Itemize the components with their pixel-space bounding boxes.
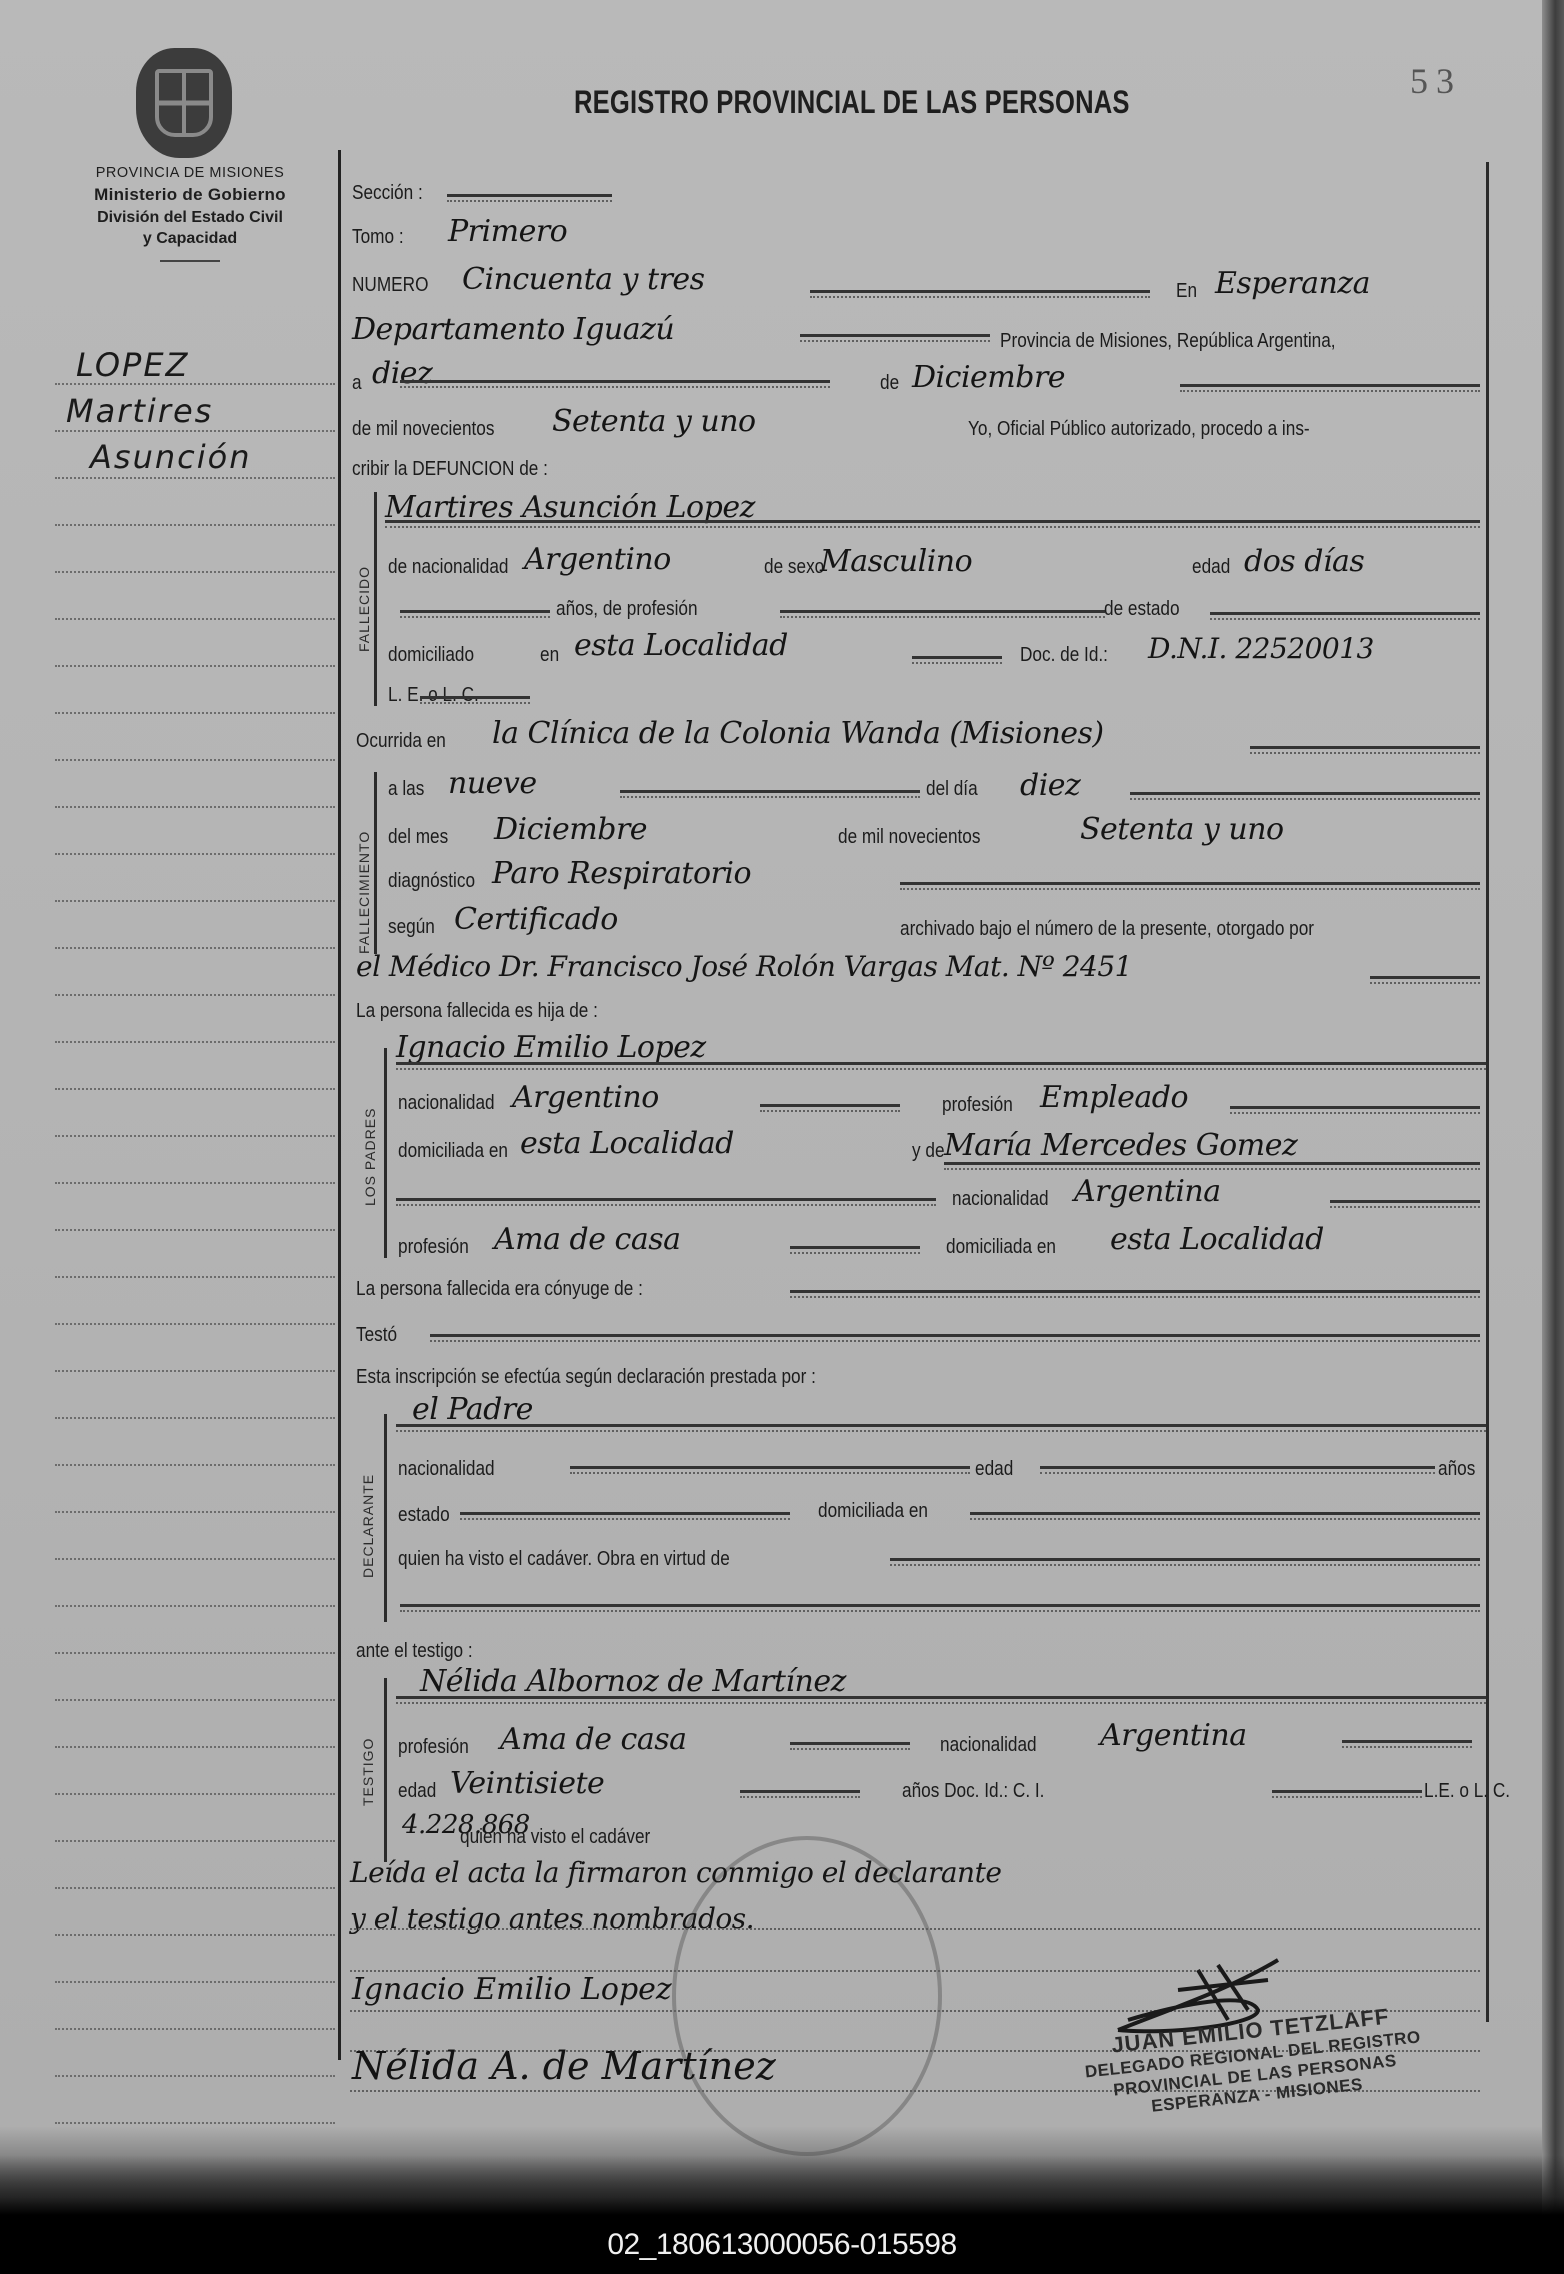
declarante-nombre: el Padre bbox=[412, 1392, 533, 1427]
otorgado-field bbox=[1370, 976, 1480, 984]
dia-value: diez bbox=[1020, 768, 1080, 803]
image-id-footer: 02_180613000056-015598 bbox=[0, 2215, 1564, 2274]
page-bottom-shadow bbox=[0, 2155, 1564, 2215]
testo-label: Testó bbox=[356, 1324, 397, 1347]
madre-nombre: María Mercedes Gomez bbox=[944, 1128, 1297, 1163]
en-label: En bbox=[1176, 280, 1197, 303]
coat-of-arms-icon bbox=[136, 48, 232, 158]
right-border bbox=[1486, 162, 1489, 2022]
declarante-extra-field bbox=[400, 1604, 1480, 1612]
fecha-dia-field bbox=[400, 380, 830, 388]
padre-domicilio-label: domiciliada en bbox=[398, 1140, 508, 1163]
closing-line-1: Leída el acta la firmaron conmigo el dec… bbox=[350, 1856, 1001, 1889]
fallecido-domicilio-field bbox=[912, 656, 1002, 664]
tomo-value: Primero bbox=[448, 214, 567, 249]
dia-field bbox=[1130, 792, 1480, 800]
declarante-anios-label: años bbox=[1438, 1458, 1475, 1481]
declarante-nombre-field bbox=[396, 1424, 1486, 1432]
numero-field bbox=[810, 290, 1150, 298]
seccion-label: Sección : bbox=[352, 182, 423, 205]
page-edge-shadow bbox=[1542, 0, 1564, 2215]
de-label: de bbox=[880, 372, 899, 395]
madre-domicilio-label: domiciliada en bbox=[946, 1236, 1056, 1259]
fallecido-profesion-label: años, de profesión bbox=[556, 598, 698, 621]
declarante-edad-field bbox=[1040, 1466, 1435, 1474]
declarante-section-label: DECLARANTE bbox=[360, 1474, 376, 1578]
ruled-line bbox=[350, 1964, 1480, 1972]
declarante-domicilio-label: domiciliada en bbox=[818, 1500, 928, 1523]
declarante-nacionalidad-field bbox=[570, 1466, 970, 1474]
a-label: a bbox=[352, 372, 362, 395]
numero-label: NUMERO bbox=[352, 274, 428, 297]
madre-profesion-label: profesión bbox=[398, 1236, 469, 1259]
fallecido-domicilio: esta Localidad bbox=[574, 628, 788, 663]
division-label: División del Estado Civil bbox=[40, 207, 340, 229]
testigo-nombre: Nélida Albornoz de Martínez bbox=[420, 1664, 846, 1699]
y-de-label: y de bbox=[912, 1140, 945, 1163]
testigo-doc-label: años Doc. Id.: C. I. bbox=[902, 1780, 1044, 1803]
padre-nacionalidad: Argentino bbox=[512, 1080, 659, 1115]
margin-ruled-lines bbox=[55, 338, 335, 2124]
fecha-mes: Diciembre bbox=[912, 360, 1065, 395]
oficial-statement: Yo, Oficial Público autorizado, procedo … bbox=[968, 418, 1310, 441]
madre-profesion-field bbox=[790, 1246, 920, 1254]
otorgado-por: el Médico Dr. Francisco José Rolón Varga… bbox=[356, 950, 1132, 983]
testigo-edad-label: edad bbox=[398, 1780, 436, 1803]
fallecido-domicilio-en: en bbox=[540, 644, 559, 667]
testigo-profesion: Ama de casa bbox=[500, 1722, 687, 1757]
madre-nacionalidad-field bbox=[1330, 1200, 1480, 1208]
declarante-obra-label: quien ha visto el cadáver. Obra en virtu… bbox=[398, 1548, 730, 1571]
madre-extra-field bbox=[396, 1198, 936, 1206]
padre-nacionalidad-field bbox=[760, 1104, 900, 1112]
mes-label: del mes bbox=[388, 826, 448, 849]
padres-bracket bbox=[384, 1048, 387, 1258]
testigo-nacionalidad: Argentina bbox=[1100, 1718, 1247, 1753]
fallecido-estado-field bbox=[1210, 612, 1480, 620]
fallecimiento-bracket bbox=[374, 772, 377, 954]
fallecido-domicilio-label: domiciliado bbox=[388, 644, 474, 667]
padre-nacionalidad-label: nacionalidad bbox=[398, 1092, 495, 1115]
province-label: PROVINCIA DE MISIONES bbox=[40, 164, 340, 184]
madre-nombre-field bbox=[944, 1162, 1480, 1170]
declarante-intro: Esta inscripción se efectúa según declar… bbox=[356, 1366, 816, 1389]
folio-number: 53 bbox=[1410, 60, 1462, 102]
testo-field bbox=[430, 1334, 1480, 1342]
seccion-field bbox=[447, 194, 612, 202]
testigo-edad: Veintisiete bbox=[450, 1766, 604, 1801]
fallecido-doc: D.N.I. 22520013 bbox=[1148, 632, 1374, 665]
fallecido-doc-label: Doc. de Id.: bbox=[1020, 644, 1108, 667]
padre-nombre-field bbox=[396, 1062, 1486, 1070]
fallecimiento-section-label: FALLECIMIENTO bbox=[356, 831, 372, 954]
fallecido-sexo: Masculino bbox=[820, 544, 972, 579]
madre-profesion: Ama de casa bbox=[494, 1222, 681, 1257]
ocurrida-label: Ocurrida en bbox=[356, 730, 446, 753]
archivado-label: archivado bajo el número de la presente,… bbox=[900, 918, 1314, 941]
fallecido-edad-label: edad bbox=[1192, 556, 1230, 579]
fallecido-nacionalidad-label: de nacionalidad bbox=[388, 556, 509, 579]
fallecido-nombre-field bbox=[385, 520, 1480, 528]
testigo-profesion-field bbox=[790, 1742, 910, 1750]
division-sub-label: y Capacidad bbox=[40, 228, 340, 250]
fallecido-anios-field bbox=[400, 610, 550, 618]
declarante-estado-label: estado bbox=[398, 1504, 450, 1527]
fallecido-le-lc-field bbox=[420, 696, 530, 704]
margin-surname: LOPEZ bbox=[76, 346, 189, 384]
madre-domicilio: esta Localidad bbox=[1110, 1222, 1324, 1257]
diagnostico-field bbox=[900, 882, 1480, 890]
fallecido-nacionalidad: Argentino bbox=[524, 542, 671, 577]
testigo-edad-field bbox=[740, 1790, 860, 1798]
fallecido-edad: dos días bbox=[1244, 544, 1364, 579]
madre-nacionalidad-label: nacionalidad bbox=[952, 1188, 1049, 1211]
testigo-bracket bbox=[384, 1678, 387, 1862]
padres-section-label: LOS PADRES bbox=[362, 1108, 378, 1206]
conyuge-field bbox=[790, 1290, 1480, 1298]
declarante-bracket bbox=[384, 1414, 387, 1622]
tomo-label: Tomo : bbox=[352, 226, 404, 249]
declarante-estado-field bbox=[460, 1512, 790, 1520]
padre-profesion-field bbox=[1230, 1106, 1480, 1114]
segun-label: según bbox=[388, 916, 435, 939]
testigo-nacionalidad-field bbox=[1342, 1740, 1472, 1748]
anio-label: de mil novecientos bbox=[352, 418, 494, 441]
padre-nombre: Ignacio Emilio Lopez bbox=[396, 1030, 706, 1065]
hora-value: nueve bbox=[448, 766, 537, 801]
fallecido-section-label: FALLECIDO bbox=[356, 566, 372, 652]
fallecido-bracket bbox=[374, 492, 377, 706]
fallecimiento-anio-label: de mil novecientos bbox=[838, 826, 980, 849]
header-divider bbox=[160, 260, 220, 263]
issuing-authority: PROVINCIA DE MISIONES Ministerio de Gobi… bbox=[40, 164, 340, 263]
fecha-mes-field bbox=[1180, 384, 1480, 392]
departamento-value: Departamento Iguazú bbox=[352, 312, 674, 347]
diagnostico-value: Paro Respiratorio bbox=[492, 856, 751, 891]
numero-value: Cincuenta y tres bbox=[462, 262, 705, 297]
fallecido-profesion-field bbox=[780, 610, 1105, 618]
ocurrida-lugar: la Clínica de la Colonia Wanda (Misiones… bbox=[492, 716, 1104, 751]
padres-intro: La persona fallecida es hija de : bbox=[356, 1000, 598, 1023]
fallecido-sexo-label: de sexo bbox=[764, 556, 824, 579]
testigo-le-lc-label: L.E. o L. C. bbox=[1424, 1780, 1510, 1803]
diagnostico-label: diagnóstico bbox=[388, 870, 475, 893]
declarante-domicilio-field bbox=[970, 1512, 1480, 1520]
madre-nacionalidad: Argentina bbox=[1074, 1174, 1221, 1209]
departamento-field bbox=[800, 334, 990, 342]
inscribir-label: cribir la DEFUNCION de : bbox=[352, 458, 548, 481]
testigo-section-label: TESTIGO bbox=[360, 1738, 376, 1806]
document-title: REGISTRO PROVINCIAL DE LAS PERSONAS bbox=[574, 84, 1130, 121]
dia-label: del día bbox=[926, 778, 978, 801]
mes-value: Diciembre bbox=[494, 812, 647, 847]
margin-given-name-1: Martires bbox=[66, 392, 213, 430]
testigo-profesion-label: profesión bbox=[398, 1736, 469, 1759]
padre-profesion-label: profesión bbox=[942, 1094, 1013, 1117]
signature-testigo: Nélida A. de Martínez bbox=[352, 2044, 776, 2088]
en-value: Esperanza bbox=[1215, 266, 1370, 301]
testigo-nombre-field bbox=[396, 1696, 1486, 1704]
province-country-label: Provincia de Misiones, República Argenti… bbox=[1000, 330, 1336, 353]
ruled-line bbox=[350, 1922, 1480, 1930]
fallecido-estado-label: de estado bbox=[1104, 598, 1180, 621]
record-page: PROVINCIA DE MISIONES Ministerio de Gobi… bbox=[0, 0, 1564, 2215]
hora-field bbox=[620, 790, 920, 798]
conyuge-label: La persona fallecida era cónyuge de : bbox=[356, 1278, 643, 1301]
padre-profesion: Empleado bbox=[1040, 1080, 1188, 1115]
declarante-edad-label: edad bbox=[975, 1458, 1013, 1481]
ministry-label: Ministerio de Gobierno bbox=[40, 184, 340, 207]
closing-line-2: y el testigo antes nombrados. bbox=[350, 1902, 754, 1935]
testigo-intro: ante el testigo : bbox=[356, 1640, 473, 1663]
margin-divider bbox=[338, 150, 341, 2060]
testigo-doc-field bbox=[1272, 1790, 1422, 1798]
testigo-nacionalidad-label: nacionalidad bbox=[940, 1734, 1037, 1757]
declarante-nacionalidad-label: nacionalidad bbox=[398, 1458, 495, 1481]
padre-domicilio: esta Localidad bbox=[520, 1126, 734, 1161]
declarante-obra-field bbox=[890, 1558, 1480, 1566]
ocurrida-field bbox=[1250, 746, 1480, 754]
hora-label: a las bbox=[388, 778, 424, 801]
anio-value: Setenta y uno bbox=[552, 404, 756, 439]
testigo-visto-label: quien ha visto el cadáver bbox=[460, 1826, 650, 1849]
signature-declarante: Ignacio Emilio Lopez bbox=[352, 1972, 672, 2007]
fallecimiento-anio: Setenta y uno bbox=[1080, 812, 1284, 847]
margin-given-name-2: Asunción bbox=[90, 438, 251, 476]
segun-value: Certificado bbox=[454, 902, 618, 937]
